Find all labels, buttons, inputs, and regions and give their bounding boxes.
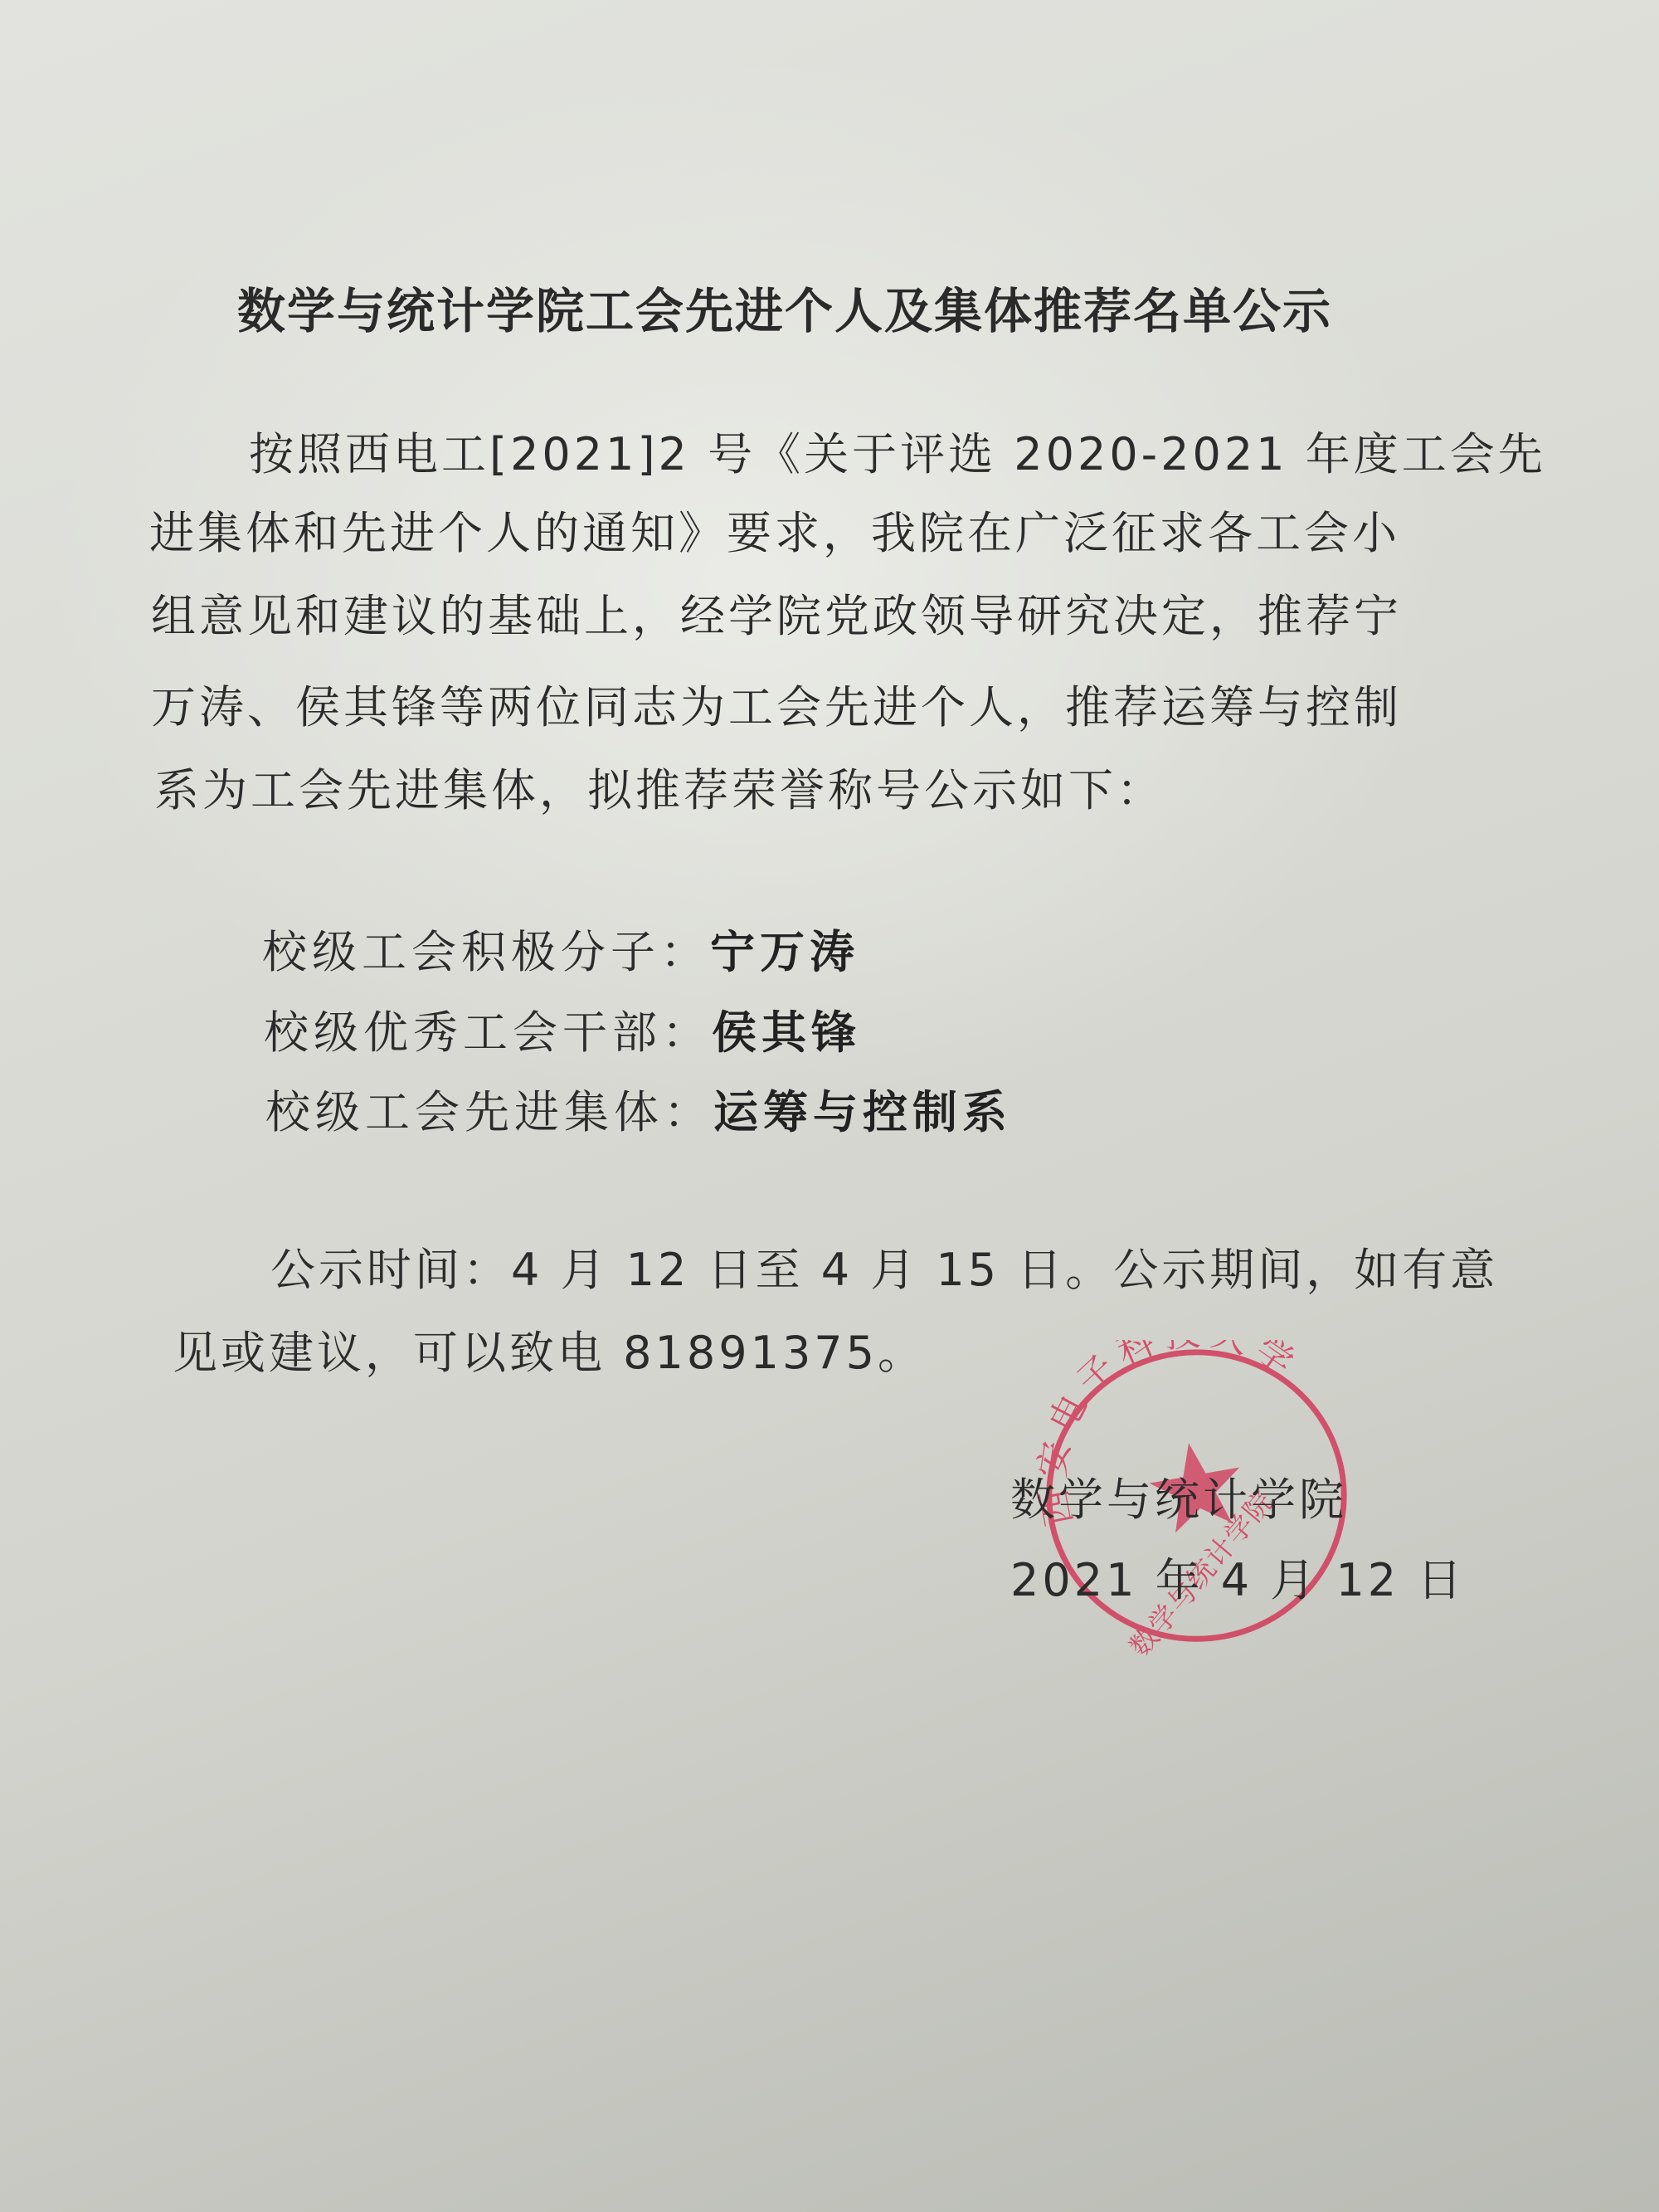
body-line: 进集体和先进个人的通知》要求，我院在广泛征求各工会小 [149, 498, 1400, 562]
honor-value: 运筹与控制系 [713, 1086, 1012, 1138]
honor-item: 校级工会先进集体：运筹与控制系 [265, 1077, 1012, 1141]
body-line: 组意见和建议的基础上，经学院党政领导研究决定，推荐宁 [151, 581, 1402, 645]
body-line: 系为工会先进集体，拟推荐荣誉称号公示如下： [154, 755, 1165, 819]
notice-line: 见或建议，可以致电 81891375。 [173, 1318, 926, 1381]
signature-date: 2021 年 4 月 12 日 [1010, 1545, 1465, 1609]
honor-value: 宁万涛 [710, 926, 859, 978]
notice-line: 公示时间：4 月 12 日至 4 月 15 日。公示期间，如有意 [270, 1235, 1498, 1298]
document-page: 数学与统计学院工会先进个人及集体推荐名单公示 按照西电工[2021]2 号《关于… [0, 0, 1659, 2212]
honor-item: 校级工会积极分子：宁万涛 [262, 917, 859, 981]
document-title: 数学与统计学院工会先进个人及集体推荐名单公示 [237, 272, 1399, 342]
honor-label: 校级工会先进集体： [265, 1086, 713, 1138]
honor-label: 校级工会积极分子： [262, 926, 710, 978]
honor-value: 侯其锋 [712, 1006, 861, 1059]
body-line: 万涛、侯其锋等两位同志为工会先进个人，推荐运筹与控制 [151, 672, 1402, 736]
honor-item: 校级优秀工会干部：侯其锋 [264, 997, 861, 1061]
signature-organization: 数学与统计学院 [1010, 1464, 1347, 1528]
honor-label: 校级优秀工会干部： [264, 1006, 712, 1059]
body-line: 按照西电工[2021]2 号《关于评选 2020-2021 年度工会先 [249, 419, 1546, 483]
